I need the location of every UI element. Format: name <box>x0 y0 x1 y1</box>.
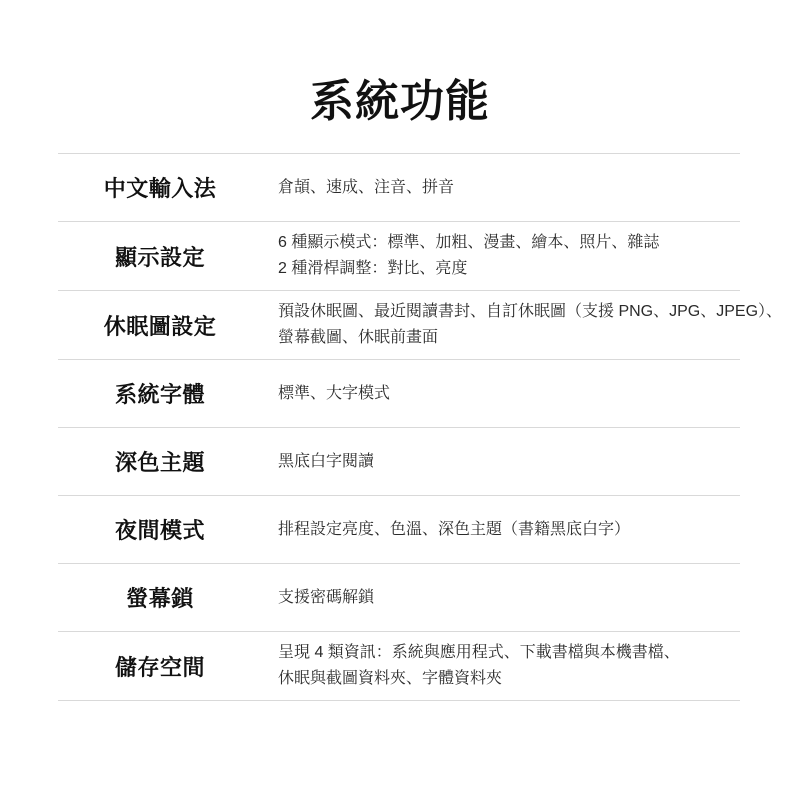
feature-details: 呈現 4 類資訊：系統與應用程式、下載書檔與本機書檔、休眠與截圖資料夾、字體資料… <box>262 640 740 692</box>
feature-details: 倉頡、速成、注音、拼音 <box>262 175 740 201</box>
feature-details: 標準、大字模式 <box>262 381 740 407</box>
feature-description-line: 黑底白字閱讀 <box>278 449 714 475</box>
table-row: 休眠圖設定 預設休眠圖、最近閱讀書封、自訂休眠圖（支援 PNG、JPG、JPEG… <box>58 290 740 359</box>
feature-description-line: 呈現 4 類資訊：系統與應用程式、下載書檔與本機書檔、 <box>278 640 714 666</box>
feature-description-line: 排程設定亮度、色溫、深色主題（書籍黑底白字） <box>278 517 714 543</box>
feature-description-line: 倉頡、速成、注音、拼音 <box>278 175 714 201</box>
page-title: 系統功能 <box>0 76 800 128</box>
feature-name: 夜間模式 <box>58 514 262 545</box>
table-row: 系統字體 標準、大字模式 <box>58 359 740 427</box>
features-table: 中文輸入法 倉頡、速成、注音、拼音 顯示設定 6 種顯示模式：標準、加粗、漫畫、… <box>58 153 740 701</box>
feature-description-line: 休眠與截圖資料夾、字體資料夾 <box>278 666 714 692</box>
feature-details: 預設休眠圖、最近閱讀書封、自訂休眠圖（支援 PNG、JPG、JPEG）、螢幕截圖… <box>262 299 800 351</box>
feature-name: 中文輸入法 <box>58 172 262 203</box>
spec-sheet: 系統功能 中文輸入法 倉頡、速成、注音、拼音 顯示設定 6 種顯示模式：標準、加… <box>0 0 800 800</box>
feature-details: 支援密碼解鎖 <box>262 585 740 611</box>
feature-name: 系統字體 <box>58 378 262 409</box>
feature-details: 排程設定亮度、色溫、深色主題（書籍黑底白字） <box>262 517 740 543</box>
table-row: 深色主題 黑底白字閱讀 <box>58 427 740 495</box>
table-row: 儲存空間 呈現 4 類資訊：系統與應用程式、下載書檔與本機書檔、休眠與截圖資料夾… <box>58 631 740 700</box>
table-row: 中文輸入法 倉頡、速成、注音、拼音 <box>58 153 740 221</box>
feature-name: 螢幕鎖 <box>58 582 262 613</box>
feature-details: 黑底白字閱讀 <box>262 449 740 475</box>
feature-description-line: 預設休眠圖、最近閱讀書封、自訂休眠圖（支援 PNG、JPG、JPEG）、 <box>278 299 782 325</box>
feature-description-line: 標準、大字模式 <box>278 381 714 407</box>
feature-details: 6 種顯示模式：標準、加粗、漫畫、繪本、照片、雜誌2 種滑桿調整：對比、亮度 <box>262 230 740 282</box>
feature-name: 休眠圖設定 <box>58 310 262 341</box>
feature-name: 儲存空間 <box>58 651 262 682</box>
feature-description-line: 支援密碼解鎖 <box>278 585 714 611</box>
feature-description-line: 螢幕截圖、休眠前畫面 <box>278 325 782 351</box>
table-row: 顯示設定 6 種顯示模式：標準、加粗、漫畫、繪本、照片、雜誌2 種滑桿調整：對比… <box>58 221 740 290</box>
feature-name: 顯示設定 <box>58 241 262 272</box>
feature-description-line: 6 種顯示模式：標準、加粗、漫畫、繪本、照片、雜誌 <box>278 230 714 256</box>
table-row: 螢幕鎖 支援密碼解鎖 <box>58 563 740 631</box>
table-row: 夜間模式 排程設定亮度、色溫、深色主題（書籍黑底白字） <box>58 495 740 563</box>
feature-description-line: 2 種滑桿調整：對比、亮度 <box>278 256 714 282</box>
feature-name: 深色主題 <box>58 446 262 477</box>
